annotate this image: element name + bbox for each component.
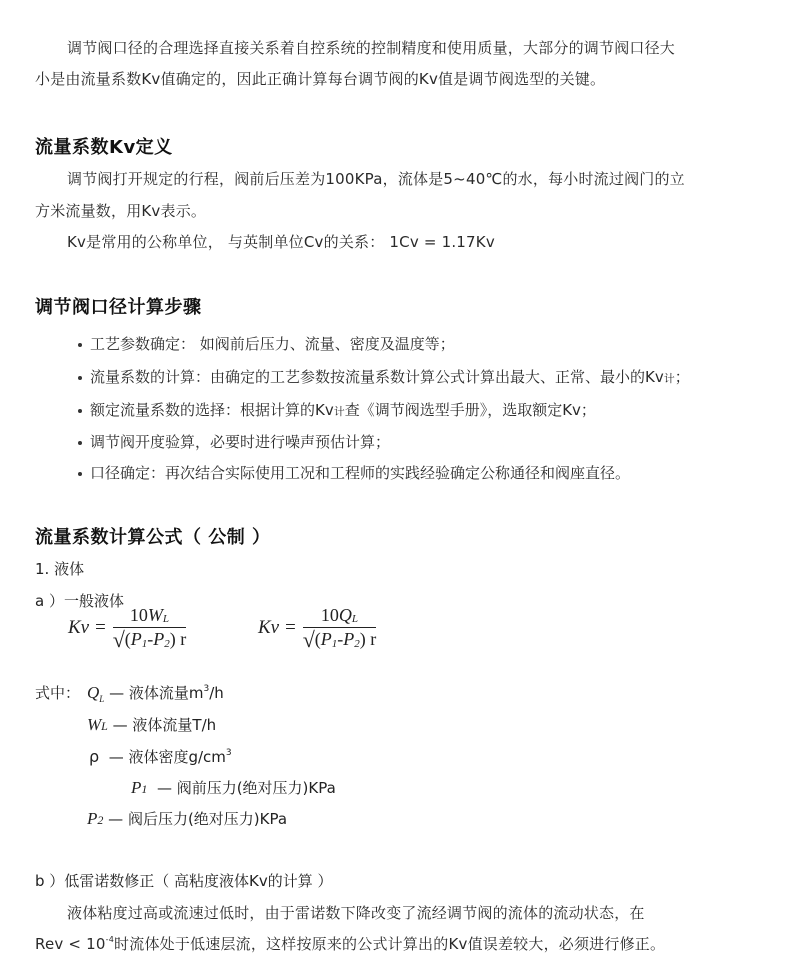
legend-item-ql: QL — 液体流量m3/h xyxy=(87,682,224,704)
step-item: 调节阀开度验算，必要时进行噪声预估计算； xyxy=(78,431,390,452)
bullet-icon xyxy=(78,472,82,476)
section-title-formula: 流量系数计算公式（ 公制 ） xyxy=(35,523,271,549)
bullet-icon xyxy=(78,441,82,445)
kv-definition-line-1: 调节阀打开规定的行程，阀前后压差为100KPa，流体是5~40℃的水，每小时流过… xyxy=(67,168,685,189)
formula-kv-volume-flow: Kv = 10QL √(P1- P2) r xyxy=(258,605,376,650)
step-item: 流量系数的计算：由确定的工艺参数按流量系数计算公式计算出最大、正常、最小的Kv计… xyxy=(78,366,690,387)
intro-line-1: 调节阀口径的合理选择直接关系着自控系统的控制精度和使用质量，大部分的调节阀口径大 xyxy=(67,37,675,58)
subsection-liquid: 1. 液体 xyxy=(35,558,84,579)
step-item: 口径确定：再次结合实际使用工况和工程师的实践经验确定公称通径和阀座直径。 xyxy=(78,462,630,483)
kv-definition-line-2: 方米流量数，用Kv表示。 xyxy=(35,200,206,221)
section-title-calc-steps: 调节阀口径计算步骤 xyxy=(35,293,202,319)
intro-line-2: 小是由流量系数Kv值确定的，因此正确计算每台调节阀的Kv值是调节阀选型的关键。 xyxy=(35,68,605,89)
section-title-kv-definition: 流量系数Kv定义 xyxy=(35,133,173,159)
formula-kv-mass-flow: Kv = 10WL √(P1- P2) r xyxy=(68,605,186,650)
low-reynolds-line-1: 液体粘度过高或流速过低时，由于雷诺数下降改变了流经调节阀的流体的流动状态，在 xyxy=(67,902,645,923)
low-reynolds-line-2: Rev < 10-4时流体处于低速层流，这样按原来的公式计算出的Kv值误差较大，… xyxy=(35,933,665,954)
bullet-icon xyxy=(78,376,82,380)
sqrt-icon: √ xyxy=(303,630,315,650)
legend-item-p2: P2 — 阀后压力(绝对压力)KPa xyxy=(87,808,287,829)
bullet-icon xyxy=(78,409,82,413)
legend-item-rho: ρ — 液体密度g/cm3 xyxy=(89,746,232,767)
legend-item-wl: WL — 液体流量T/h xyxy=(87,714,216,735)
step-item: 额定流量系数的选择：根据计算的Kv计查《调节阀选型手册》，选取额定Kv； xyxy=(78,399,596,420)
kv-cv-relation: Kv是常用的公称单位， 与英制单位Cv的关系： 1Cv = 1.17Kv xyxy=(67,231,495,252)
sqrt-icon: √ xyxy=(113,630,125,650)
step-item: 工艺参数确定： 如阀前后压力、流量、密度及温度等； xyxy=(78,333,455,354)
legend-label: 式中： xyxy=(35,682,80,703)
legend-item-p1: P1 — 阀前压力(绝对压力)KPa xyxy=(131,777,336,798)
subsection-low-reynolds: b ）低雷诺数修正（ 高粘度液体Kv的计算 ） xyxy=(35,870,333,891)
bullet-icon xyxy=(78,343,82,347)
